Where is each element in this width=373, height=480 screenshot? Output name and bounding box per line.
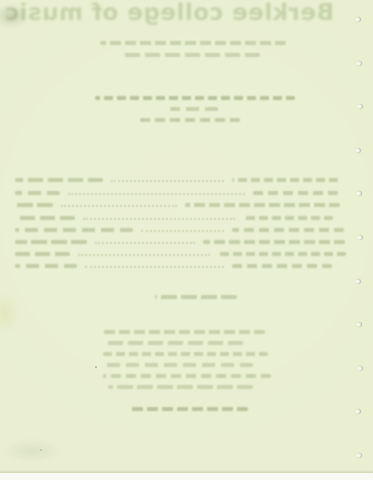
bleedthrough-dot-leader: [68, 193, 245, 195]
bleedthrough-program-right: [232, 228, 344, 232]
bleedthrough-program-right: [218, 252, 346, 256]
binder-hole: [355, 17, 361, 22]
bleedthrough-dot-leader: [141, 230, 224, 232]
bleedthrough-paragraph-line: [103, 374, 271, 378]
bleedthrough-title-line: [95, 96, 295, 100]
bleedthrough-program-right: [203, 240, 345, 244]
binder-hole: [357, 104, 363, 109]
bleedthrough-program-left: [15, 178, 103, 182]
bleedthrough-dot-leader: [78, 254, 210, 256]
bleedthrough-paragraph-line: [103, 363, 253, 367]
bleedthrough-dot-leader: [85, 266, 224, 268]
bleedthrough-subheader-line: [124, 53, 260, 57]
bleedthrough-program-left: [15, 203, 53, 207]
bleedthrough-program-left: [15, 191, 60, 195]
bleedthrough-program-right: [232, 264, 332, 268]
paper-stain: [2, 440, 62, 462]
bleedthrough-title-line: [170, 107, 218, 111]
bleedthrough-subheader-line: [100, 41, 286, 45]
paper-stain: [0, 293, 18, 333]
bleedthrough-program-right: [185, 203, 340, 207]
bleedthrough-program-right: [232, 178, 338, 182]
bleedthrough-title-line: [140, 118, 240, 122]
bleedthrough-paragraph-line: [103, 330, 265, 334]
paper-sheet: Berklee college of music: [0, 0, 373, 474]
bleedthrough-logo: Berklee college of music: [10, 0, 334, 26]
binder-hole: [356, 191, 362, 196]
bleedthrough-intermission-line: [155, 295, 237, 299]
scanned-page: Berklee college of music: [0, 0, 373, 480]
binder-hole: [357, 366, 363, 371]
scan-speck: [95, 366, 97, 368]
bleedthrough-program-left: [15, 252, 70, 256]
scan-speck: [40, 449, 42, 451]
bleedthrough-paragraph-line: [108, 385, 253, 389]
bleedthrough-program-right: [253, 191, 338, 195]
binder-hole: [356, 322, 362, 327]
binder-hole: [356, 61, 362, 66]
binder-hole: [355, 148, 361, 153]
bleedthrough-program-left: [15, 264, 77, 268]
bleedthrough-program-left: [15, 228, 133, 232]
bleedthrough-program-left: [15, 240, 87, 244]
bleedthrough-dot-leader: [83, 218, 235, 220]
binder-hole: [356, 453, 362, 458]
binder-hole: [355, 279, 361, 284]
bleedthrough-closing-line: [130, 407, 248, 411]
binder-hole: [355, 409, 361, 414]
bleedthrough-program-left: [15, 216, 75, 220]
bleedthrough-paragraph-line: [103, 352, 268, 356]
bleedthrough-dot-leader: [95, 242, 195, 244]
bleedthrough-program-right: [243, 216, 333, 220]
bleedthrough-dot-leader: [111, 180, 224, 182]
bleedthrough-paragraph-line: [103, 341, 243, 345]
binder-hole: [357, 235, 363, 240]
scan-bottom-edge: [0, 473, 373, 480]
bleedthrough-dot-leader: [61, 205, 177, 207]
